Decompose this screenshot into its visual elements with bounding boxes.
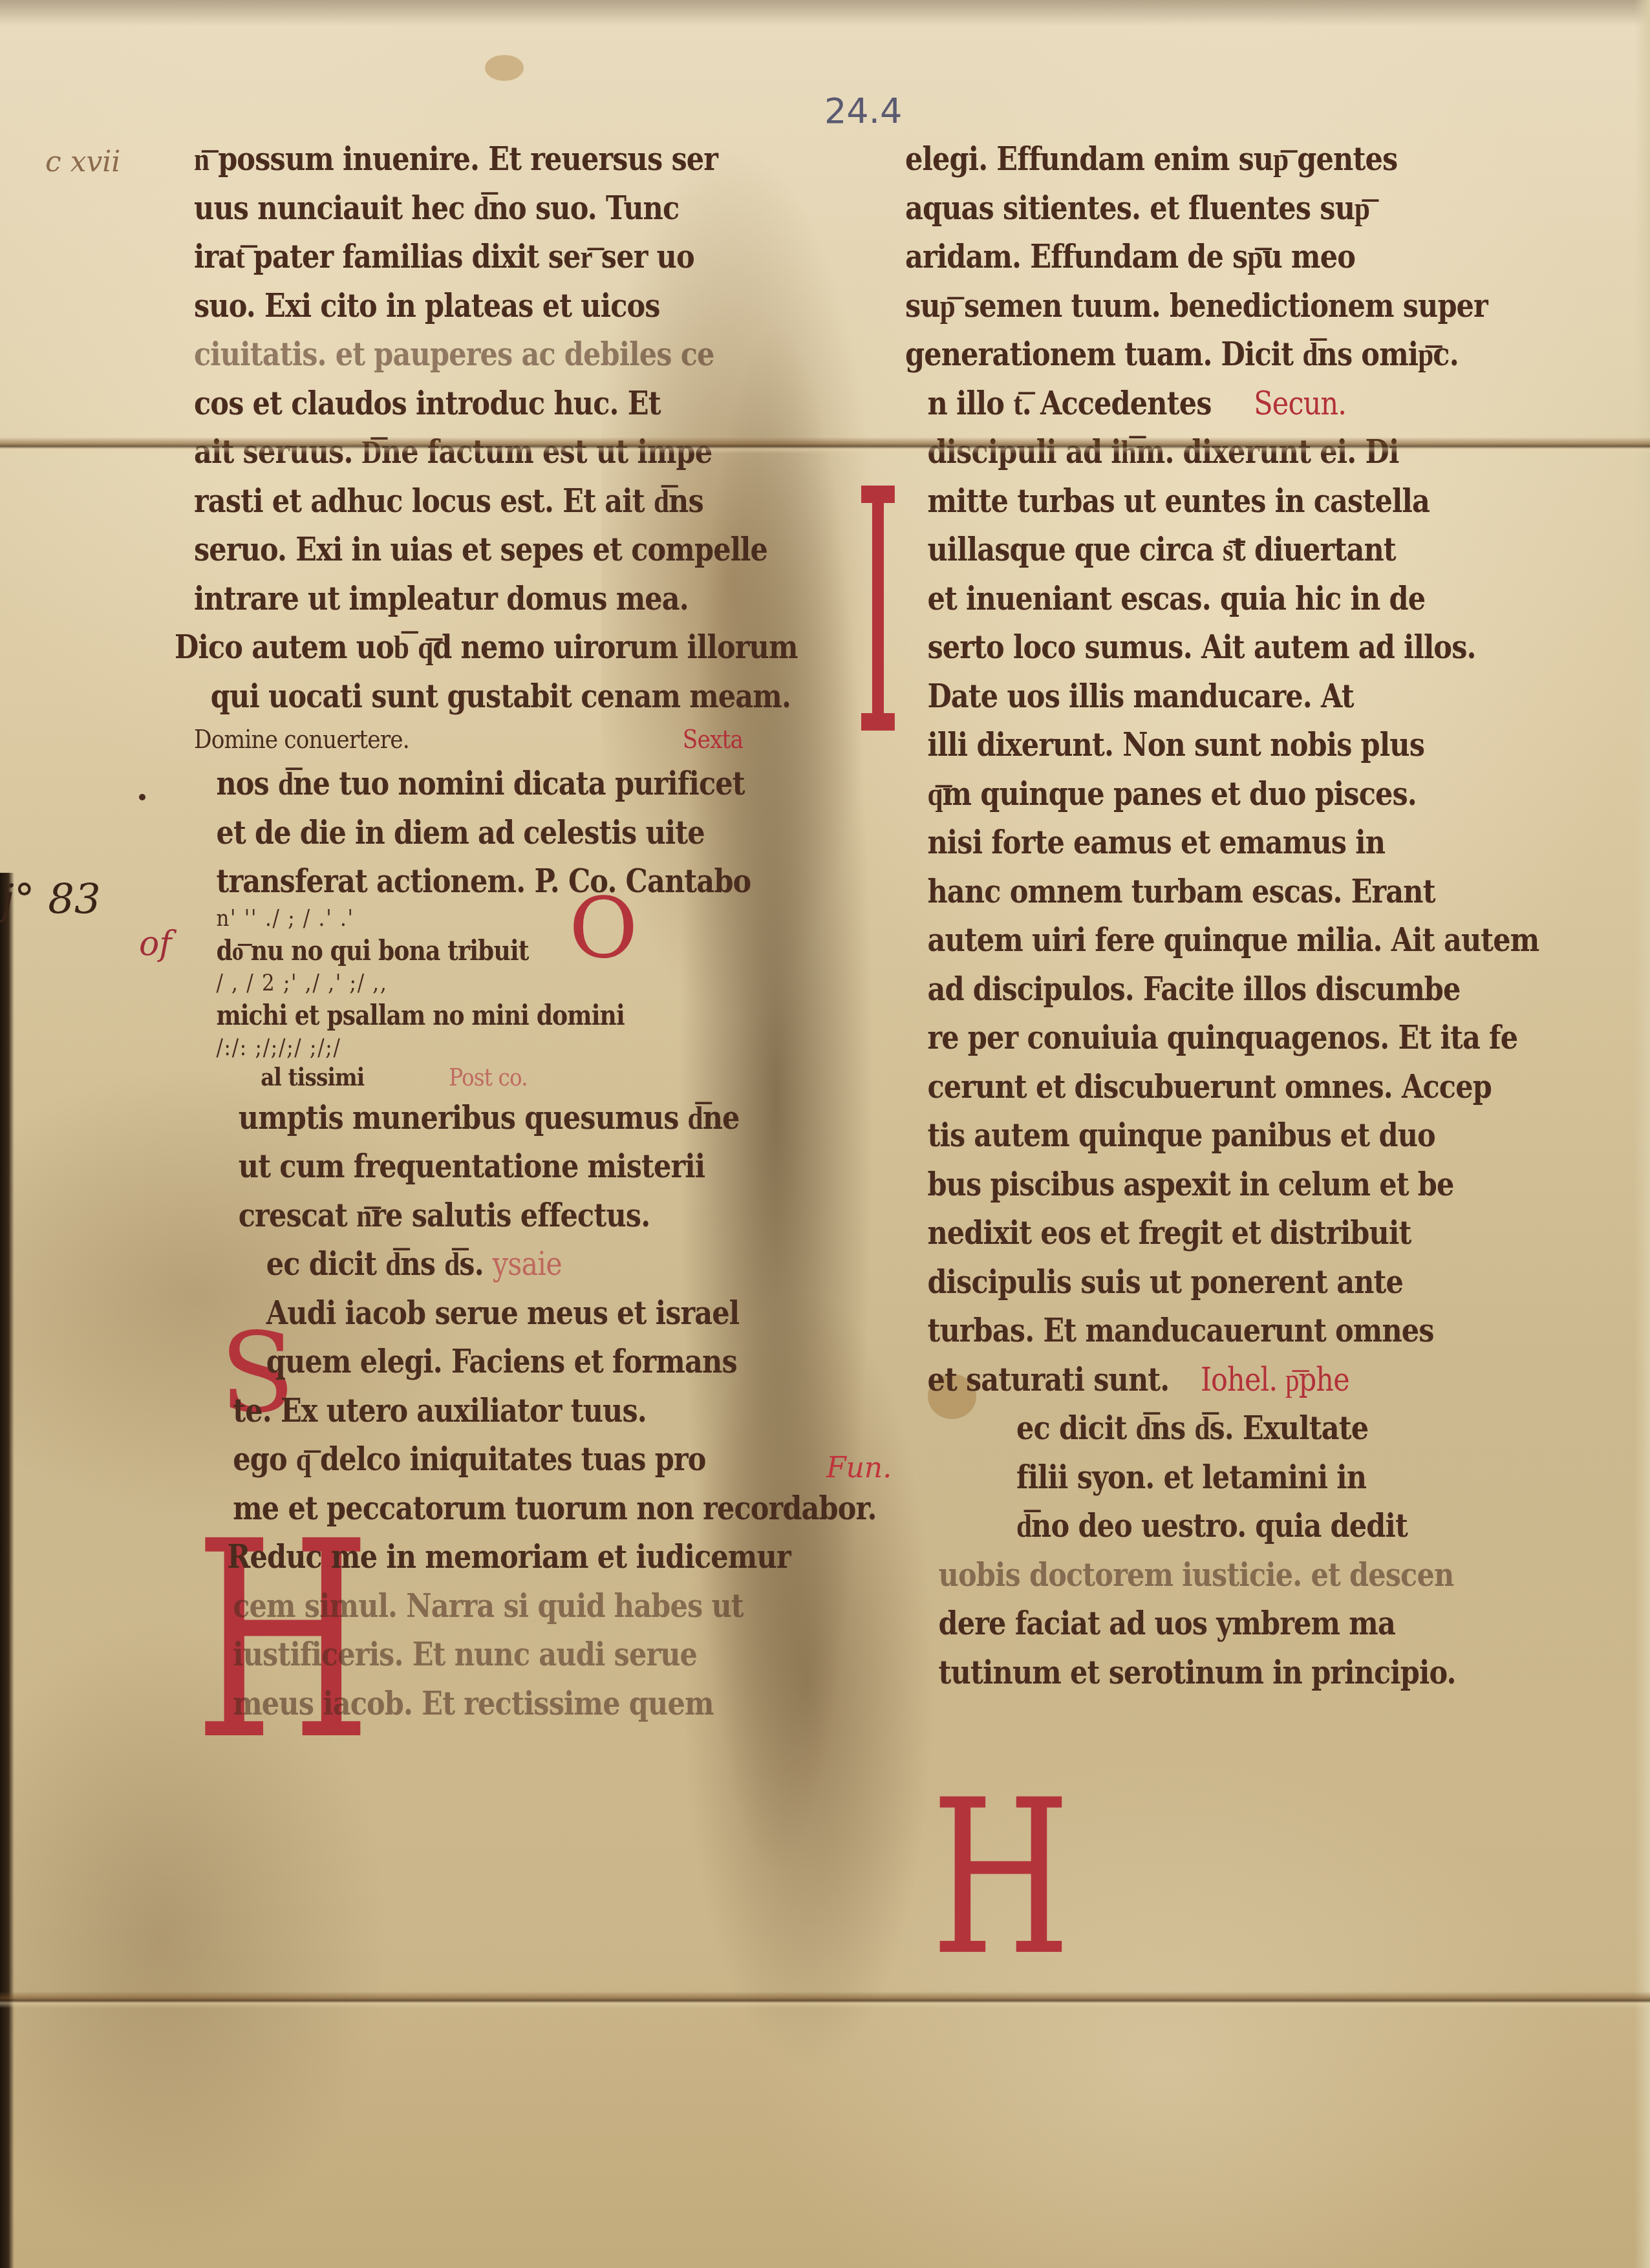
text-line: d͞no deo uestro. quia dedit xyxy=(905,1501,1506,1550)
text-line: re per conuiuia quinquagenos. Et ita fe xyxy=(905,1013,1506,1062)
text-line: et inueniant escas. quia hic in de xyxy=(905,574,1506,623)
chant-text-line: michi et psallam no mini domini xyxy=(194,996,772,1035)
text-line: serto loco sumus. Ait autem ad illos. xyxy=(905,623,1506,672)
text-line: ut cum frequentatione misterii xyxy=(194,1142,772,1191)
text-line: umptis muneribus quesumus d͞ne xyxy=(194,1093,772,1142)
text-line: et saturati sunt. Iohel. p͞phe xyxy=(905,1355,1506,1404)
text-line: irat͞ pater familias dixit ser͞ ser uo xyxy=(194,232,772,281)
text-line: cem simul. Narra si quid habes ut xyxy=(194,1581,772,1631)
text-line: Dico autem uob͞ q͞d nemo uirorum illorum xyxy=(175,623,769,672)
text-line: nisi forte eamus et emamus in xyxy=(905,818,1506,867)
text-line: seruo. Exi in uias et sepes et compelle xyxy=(194,525,772,574)
text-line: uobis doctorem iusticie. et descen xyxy=(905,1550,1506,1599)
text-line: ad discipulos. Facite illos discumbe xyxy=(905,965,1506,1014)
text-line: meus iacob. Et rectissime quem xyxy=(194,1679,772,1728)
ink-blot xyxy=(485,55,524,81)
text-line: aridam. Effundam de sp͞u meo xyxy=(905,232,1506,281)
text-line: qui uocati sunt gustabit cenam meam. xyxy=(194,672,772,721)
text-line: intrare ut impleatur domus mea. xyxy=(194,574,772,623)
chant-text-line: al tissimi Post co. xyxy=(194,1061,772,1093)
text-line: tutinum et serotinum in principio. xyxy=(905,1648,1506,1697)
fold-crease xyxy=(0,1991,1650,2008)
text-line: autem uiri fere quinque milia. Ait autem xyxy=(905,915,1506,965)
text-line: tis autem quinque panibus et duo xyxy=(905,1111,1506,1160)
ysaie-rubric: ysaie xyxy=(493,1245,562,1283)
right-column: elegi. Effundam enim sup͞ gentes aquas s… xyxy=(905,134,1603,1696)
offertory-text: Domine conuertere. xyxy=(194,725,409,754)
text-line: et de die in diem ad celestis uite xyxy=(194,808,772,857)
text-line: q͞m quinque panes et duo pisces. xyxy=(905,769,1506,818)
text-line: turbas. Et manducauerunt omnes xyxy=(905,1306,1506,1355)
text-line: cos et claudos introduc huc. Et xyxy=(194,379,772,428)
left-column: n͞ possum inuenire. Et reuersus ser uus … xyxy=(194,134,866,1728)
text-line: quem elegi. Faciens et formans xyxy=(194,1337,772,1386)
gospel-closing: et saturati sunt. xyxy=(927,1360,1169,1398)
text-line: ego q͞ delco iniquitates tuas pro xyxy=(194,1435,772,1484)
right-edge xyxy=(1634,0,1650,2268)
text-line: ec dicit d͞ns d͞s. Exultate xyxy=(905,1404,1506,1453)
text-line: mitte turbas ut euntes in castella xyxy=(905,476,1506,526)
text-line: illi dixerunt. Non sunt nobis plus xyxy=(905,720,1506,769)
folio-number: 24.4 xyxy=(824,91,902,131)
chant-text-line: do͞ nu no qui bona tribuit xyxy=(194,932,772,970)
text-line: me et peccatorum tuorum non recordabor. xyxy=(194,1484,772,1533)
neume-line: n' '' ./ ; / .' .' xyxy=(194,906,772,932)
paragraph-point xyxy=(139,794,145,800)
folio-reference: j° 83 xyxy=(1,876,101,924)
text-line: Reduc me in memoriam et iudicemur xyxy=(194,1532,772,1581)
neume-line: /:/: ;/;/;/ ;/;/ xyxy=(194,1035,772,1061)
text-line: cerunt et discubuerunt omnes. Accep xyxy=(905,1062,1506,1111)
text-line: Audi iacob serue meus et israel xyxy=(194,1289,772,1338)
neume-line: / , / 2 ;' ,/ ,' ;/ ,, xyxy=(194,970,772,996)
chant-text: al tissimi xyxy=(261,1062,364,1091)
text-line: transferat actionem. P. Co. Cantabo xyxy=(194,857,772,906)
text-line: bus piscibus aspexit in celum et be xyxy=(905,1160,1506,1209)
text-line: aquas sitientes. et fluentes sup͞ xyxy=(905,184,1506,233)
text-line: elegi. Effundam enim sup͞ gentes xyxy=(905,134,1506,184)
offertory-line: Domine conuertere. Sexta xyxy=(194,720,772,759)
text-line: filii syon. et letamini in xyxy=(905,1453,1506,1502)
text-line: hanc omnem turbam escas. Erant xyxy=(905,867,1506,916)
haec-dicit-text: ec dicit d͞ns d͞s. xyxy=(266,1245,484,1283)
initial-H-right: H xyxy=(931,1771,1071,1985)
text-line: rasti et adhuc locus est. Et ait d͞ns xyxy=(194,476,772,526)
text-line: n͞ possum inuenire. Et reuersus ser xyxy=(194,134,772,184)
offertory-rubric: Sexta xyxy=(683,725,743,754)
text-line: uus nunciauit hec d͞no suo. Tunc xyxy=(194,184,772,233)
text-line: discipulis suis ut ponerent ante xyxy=(905,1257,1506,1307)
text-line: dere faciat ad uos ymbrem ma xyxy=(905,1599,1506,1648)
gospel-incipit: n illo t͞. Accedentes xyxy=(927,384,1211,422)
offertory-mark: of xyxy=(139,925,172,963)
chapter-note: c xvii xyxy=(45,145,120,178)
text-line: ait seruus. D͞ne factum est ut impe xyxy=(194,427,772,476)
text-line: te. Ex utero auxiliator tuus. xyxy=(194,1386,772,1435)
text-line: sup͞ semen tuum. benedictionem super xyxy=(905,281,1506,330)
text-line: n illo t͞. Accedentes Secun. xyxy=(905,379,1506,428)
text-line: Date uos illis manducare. At xyxy=(905,672,1506,721)
secundum-rubric: Secun. xyxy=(1254,385,1346,422)
text-line: crescat n͞re salutis effectus. xyxy=(194,1191,772,1240)
binding-edge xyxy=(0,873,14,2268)
manuscript-leaf: 24.4 c xvii j° 83 of Fun. I O S H H n͞ p… xyxy=(0,0,1650,2268)
text-line: generationem tuam. Dicit d͞ns omip͞c. xyxy=(905,330,1506,379)
text-line: suo. Exi cito in plateas et uicos xyxy=(194,281,772,330)
text-line: uillasque que circa s͞t diuertant xyxy=(905,525,1506,574)
postcommunion-rubric: Post co. xyxy=(449,1063,528,1091)
text-line: nos d͞ne tuo nomini dicata purificet xyxy=(194,759,772,808)
text-line: iustificeris. Et nunc audi serue xyxy=(194,1630,772,1679)
iohel-rubric: Iohel. p͞phe xyxy=(1201,1361,1349,1398)
text-line: discipuli ad ih͞m. dixerunt ei. Di xyxy=(905,427,1506,476)
text-line: ec dicit d͞ns d͞s. ysaie xyxy=(194,1239,772,1289)
text-line: ciuitatis. et pauperes ac debiles ce xyxy=(194,330,772,379)
text-line: nedixit eos et fregit et distribuit xyxy=(905,1208,1506,1257)
